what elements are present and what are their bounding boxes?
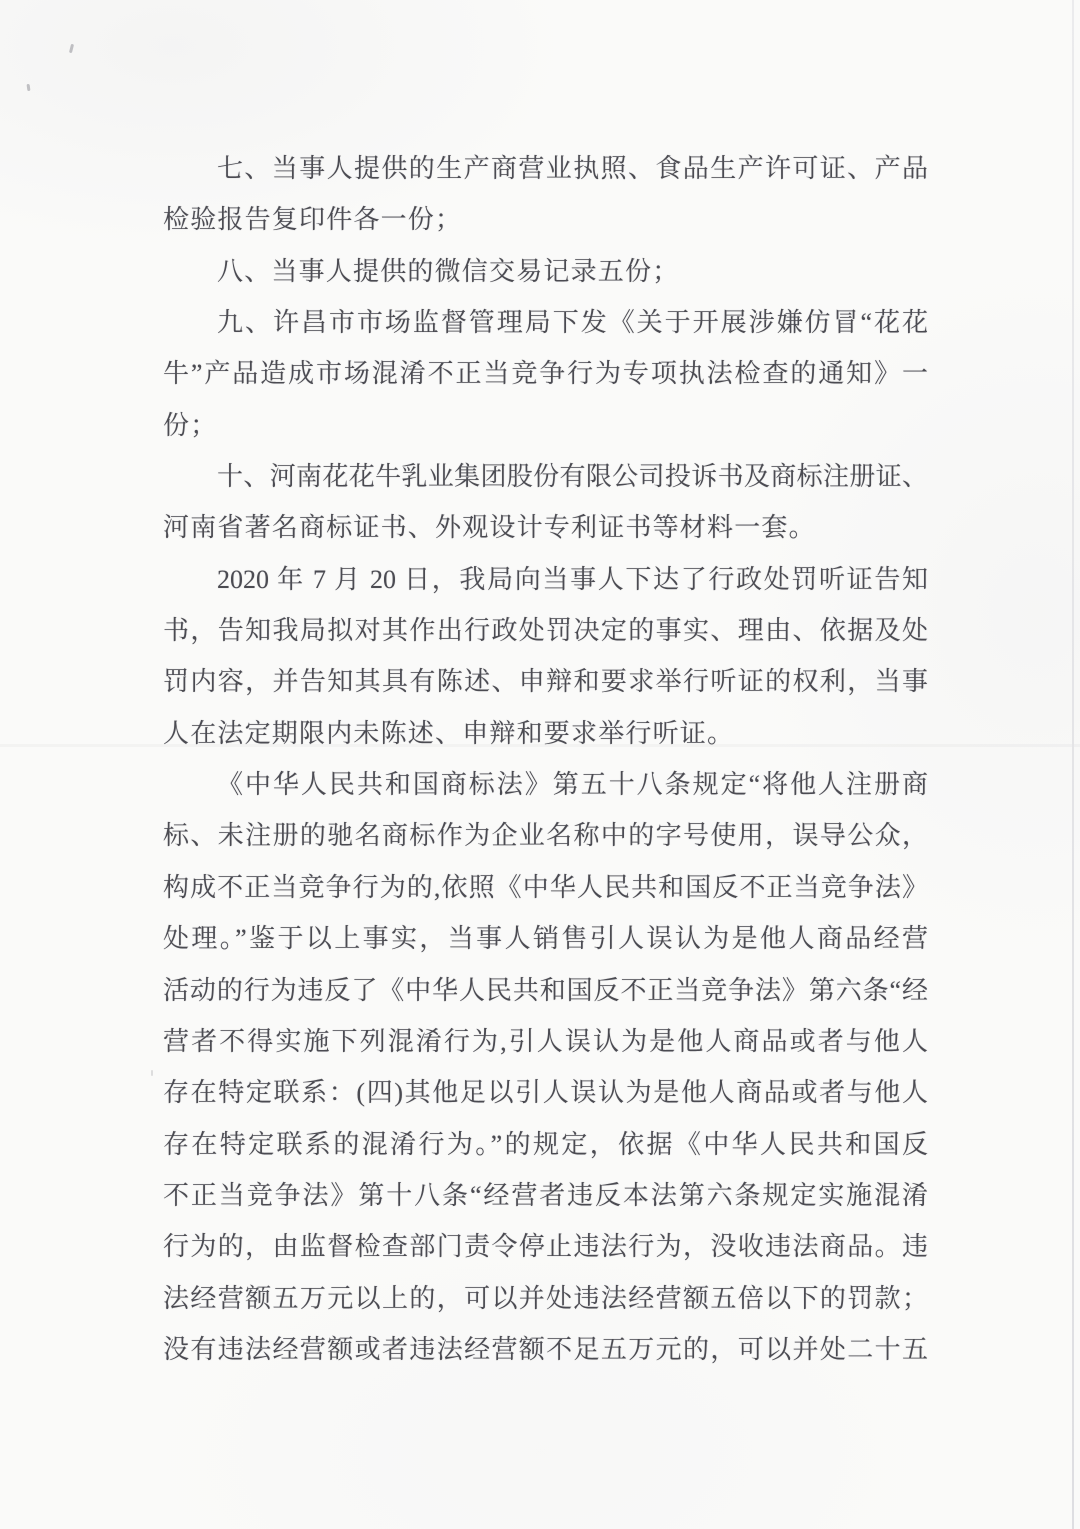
- text-line: 检验报告复印件各一份；: [163, 194, 928, 245]
- text-line: 九、许昌市市场监督管理局下发《关于开展涉嫌仿冒“花花: [163, 297, 928, 348]
- scanned-document-page: 七、当事人提供的生产商营业执照、食品生产许可证、产品检验报告复印件各一份；八、当…: [0, 0, 1080, 1529]
- text-line: 人在法定期限内未陈述、申辩和要求举行听证。: [163, 708, 928, 759]
- text-line: 书，告知我局拟对其作出行政处罚决定的事实、理由、依据及处: [163, 605, 928, 656]
- scan-speck: [69, 44, 74, 53]
- text-line: 不正当竞争法》第十八条“经营者违反本法第六条规定实施混淆: [163, 1170, 928, 1221]
- scan-page-edge-line: [1072, 0, 1074, 1529]
- text-line: 法经营额五万元以上的，可以并处违法经营额五倍以下的罚款；: [163, 1273, 928, 1324]
- text-line: 七、当事人提供的生产商营业执照、食品生产许可证、产品: [163, 143, 928, 194]
- text-line: 2020 年 7 月 20 日，我局向当事人下达了行政处罚听证告知: [163, 554, 928, 605]
- text-line: 没有违法经营额或者违法经营额不足五万元的，可以并处二十五: [163, 1324, 928, 1375]
- text-line: 《中华人民共和国商标法》第五十八条规定“将他人注册商: [163, 759, 928, 810]
- text-line: 标、未注册的驰名商标作为企业名称中的字号使用，误导公众，: [163, 810, 928, 861]
- text-line: 行为的，由监督检查部门责令停止违法行为，没收违法商品。违: [163, 1221, 928, 1272]
- document-lines: 七、当事人提供的生产商营业执照、食品生产许可证、产品检验报告复印件各一份；八、当…: [163, 143, 928, 1375]
- text-line: 存在特定联系：(四)其他足以引人误认为是他人商品或者与他人: [163, 1067, 928, 1118]
- text-line: 罚内容，并告知其具有陈述、申辩和要求举行听证的权利，当事: [163, 656, 928, 707]
- text-line: 份；: [163, 400, 928, 451]
- text-line: 营者不得实施下列混淆行为,引人误认为是他人商品或者与他人: [163, 1016, 928, 1067]
- scan-speck: [27, 84, 31, 91]
- text-line: 牛”产品造成市场混淆不正当竞争行为专项执法检查的通知》一: [163, 348, 928, 399]
- text-line: 八、当事人提供的微信交易记录五份；: [163, 246, 928, 297]
- text-line: 处理。”鉴于以上事实，当事人销售引人误认为是他人商品经营: [163, 913, 928, 964]
- text-line: 活动的行为违反了《中华人民共和国反不正当竞争法》第六条“经: [163, 965, 928, 1016]
- text-line: 河南省著名商标证书、外观设计专利证书等材料一套。: [163, 502, 928, 553]
- text-line: 十、河南花花牛乳业集团股份有限公司投诉书及商标注册证、: [163, 451, 928, 502]
- scan-speck: [151, 1070, 153, 1076]
- text-line: 存在特定联系的混淆行为。”的规定，依据《中华人民共和国反: [163, 1119, 928, 1170]
- text-line: 构成不正当竞争行为的,依照《中华人民共和国反不正当竞争法》: [163, 862, 928, 913]
